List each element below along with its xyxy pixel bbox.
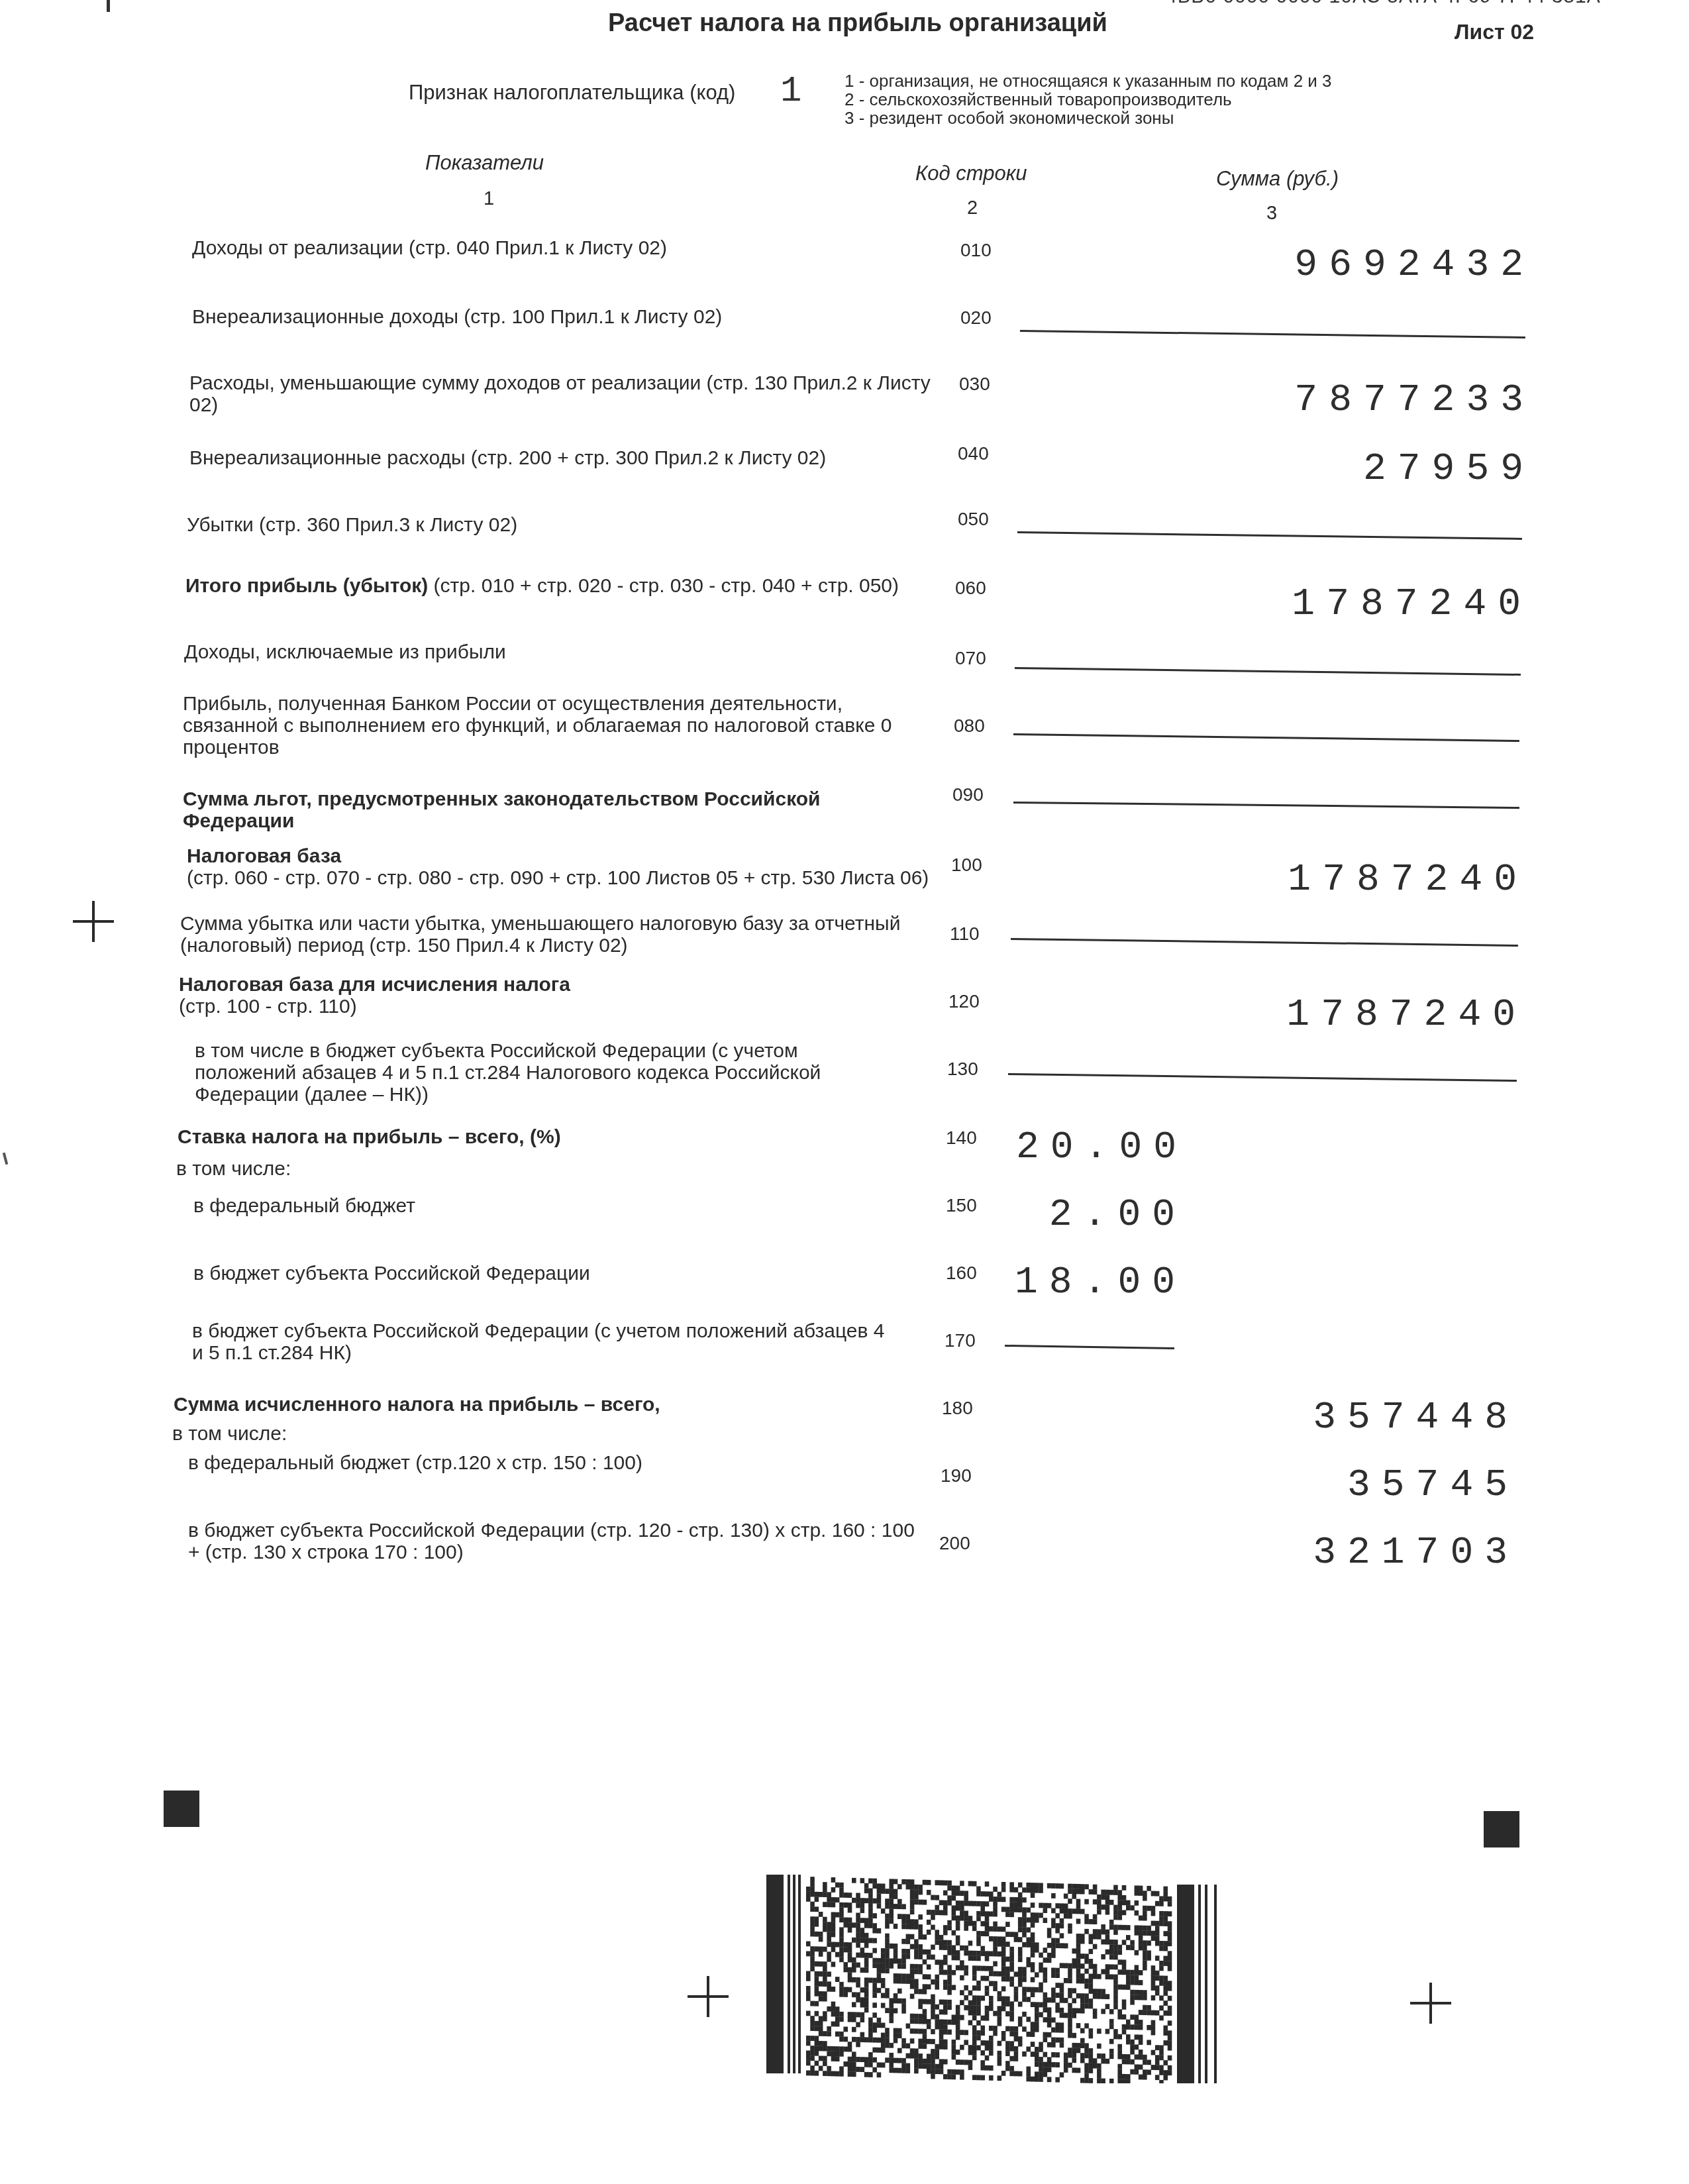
document-barcode-id: 4БВ0 0000 0000 10АС 5АТА 4F69 7F44 351A (1166, 0, 1601, 8)
row-label: Сумма убытка или части убытка, уменьшающ… (180, 913, 902, 957)
scan-artifact (3, 1153, 9, 1165)
row-label: Внереализационные расходы (стр. 200 + ст… (189, 447, 931, 469)
row-label-bold: Итого прибыль (убыток) (185, 575, 428, 597)
row-code: 190 (941, 1465, 972, 1486)
row-code: 110 (950, 923, 980, 945)
page-title: Расчет налога на прибыль организаций (608, 9, 1107, 38)
row-label: Сумма исчисленного налога на прибыль – в… (174, 1394, 902, 1416)
row-code: 150 (946, 1195, 977, 1216)
subheading-including-rate: в том числе: (176, 1158, 291, 1180)
empty-value-dash (1011, 938, 1518, 947)
row-value: 357448 (1313, 1396, 1519, 1439)
row-label: в федеральный бюджет (193, 1195, 922, 1217)
taxpayer-code-value: 1 (780, 72, 801, 112)
row-value: 7877233 (1294, 379, 1535, 422)
row-value: 35745 (1347, 1464, 1519, 1507)
column-number-2: 2 (967, 197, 978, 219)
row-label: Доходы, исключаемые из прибыли (184, 641, 913, 663)
row-label: в том числе в бюджет субъекта Российской… (195, 1040, 897, 1106)
row-value: 27959 (1363, 448, 1535, 491)
row-label: в бюджет субъекта Российской Федерации (193, 1263, 922, 1284)
row-code: 030 (959, 374, 990, 395)
row-value: 20.00 (1016, 1126, 1188, 1169)
subheading-including-tax: в том числе: (172, 1423, 287, 1445)
empty-value-dash (1005, 1345, 1174, 1349)
column-number-3: 3 (1266, 203, 1277, 225)
row-label: в бюджет субъекта Российской Федерации (… (192, 1320, 894, 1364)
sheet-number: Лист 02 (1455, 20, 1534, 44)
registration-cross-left (73, 901, 114, 942)
row-label: Прибыль, полученная Банком России от осу… (183, 693, 905, 758)
row-label: Расходы, уменьшающие сумму доходов от ре… (189, 372, 931, 416)
registration-cross-barcode-right (1410, 1983, 1451, 2024)
row-label: в федеральный бюджет (стр.120 х стр. 150… (188, 1452, 784, 1474)
column-header-line-code: Код строки (915, 162, 1027, 185)
row-label: Убытки (стр. 360 Прил.3 к Листу 02) (187, 514, 915, 536)
taxpayer-code-legend: 1 - организация, не относящаяся к указан… (844, 72, 1332, 127)
row-value: 1787240 (1292, 583, 1532, 626)
row-label: Налоговая база(стр. 060 - стр. 070 - стр… (187, 845, 955, 889)
row-label-bold: Ставка налога на прибыль – всего, (%) (178, 1126, 561, 1148)
row-value: 1787240 (1288, 858, 1528, 902)
row-label-bold: Сумма исчисленного налога на прибыль – в… (174, 1394, 660, 1416)
row-value: 2.00 (1049, 1194, 1186, 1237)
registration-cross-barcode-left (688, 1976, 729, 2017)
row-label: Внереализационные доходы (стр. 100 Прил.… (192, 306, 921, 328)
row-label: Сумма льгот, предусмотренных законодател… (183, 788, 905, 832)
row-code: 060 (955, 578, 986, 599)
row-label: Итого прибыль (убыток) (стр. 010 + стр. … (185, 575, 954, 597)
row-code: 040 (958, 443, 989, 464)
registration-square-left (164, 1791, 199, 1827)
row-code: 140 (946, 1127, 977, 1149)
empty-value-dash (1015, 667, 1521, 676)
empty-value-dash (1020, 330, 1525, 338)
legend-item: 2 - сельскохозяйственный товаропроизводи… (844, 90, 1332, 109)
row-label: Доходы от реализации (стр. 040 Прил.1 к … (192, 237, 921, 259)
row-label-bold: Сумма льгот, предусмотренных законодател… (183, 788, 821, 832)
corner-registration-mark (107, 0, 110, 12)
pdf417-barcode (766, 1875, 1233, 2083)
row-value: 321703 (1313, 1532, 1519, 1575)
row-code: 020 (960, 307, 992, 329)
column-number-1: 1 (484, 188, 494, 210)
row-label: Налоговая база для исчисления налога(стр… (179, 974, 907, 1017)
empty-value-dash (1013, 802, 1519, 809)
empty-value-dash (1017, 531, 1522, 540)
empty-value-dash (1008, 1073, 1517, 1082)
row-code: 200 (939, 1533, 970, 1554)
row-code: 130 (947, 1059, 978, 1080)
legend-item: 1 - организация, не относящаяся к указан… (844, 72, 1332, 90)
row-code: 170 (945, 1330, 976, 1351)
row-label: Ставка налога на прибыль – всего, (%) (178, 1126, 906, 1148)
row-code: 180 (942, 1398, 973, 1419)
row-label-bold: Налоговая база для исчисления налога (179, 974, 570, 996)
row-code: 070 (955, 648, 986, 669)
column-header-amount: Сумма (руб.) (1216, 167, 1339, 191)
row-value: 9692432 (1294, 244, 1535, 287)
empty-value-dash (1013, 733, 1519, 742)
registration-square-right (1484, 1811, 1519, 1847)
row-value: 1787240 (1286, 994, 1527, 1037)
row-code: 160 (946, 1263, 977, 1284)
row-code: 050 (958, 509, 989, 530)
row-value: 18.00 (1015, 1261, 1186, 1304)
row-code: 100 (951, 855, 982, 876)
legend-item: 3 - резидент особой экономической зоны (844, 109, 1332, 127)
row-code: 010 (960, 240, 992, 261)
row-code: 120 (948, 991, 980, 1012)
column-header-indicators: Показатели (425, 151, 544, 175)
taxpayer-code-label: Признак налогоплательщика (код) (409, 81, 735, 105)
row-code: 090 (952, 784, 984, 806)
row-label-bold: Налоговая база (187, 845, 341, 867)
row-label: в бюджет субъекта Российской Федерации (… (188, 1520, 917, 1563)
row-code: 080 (954, 715, 985, 737)
